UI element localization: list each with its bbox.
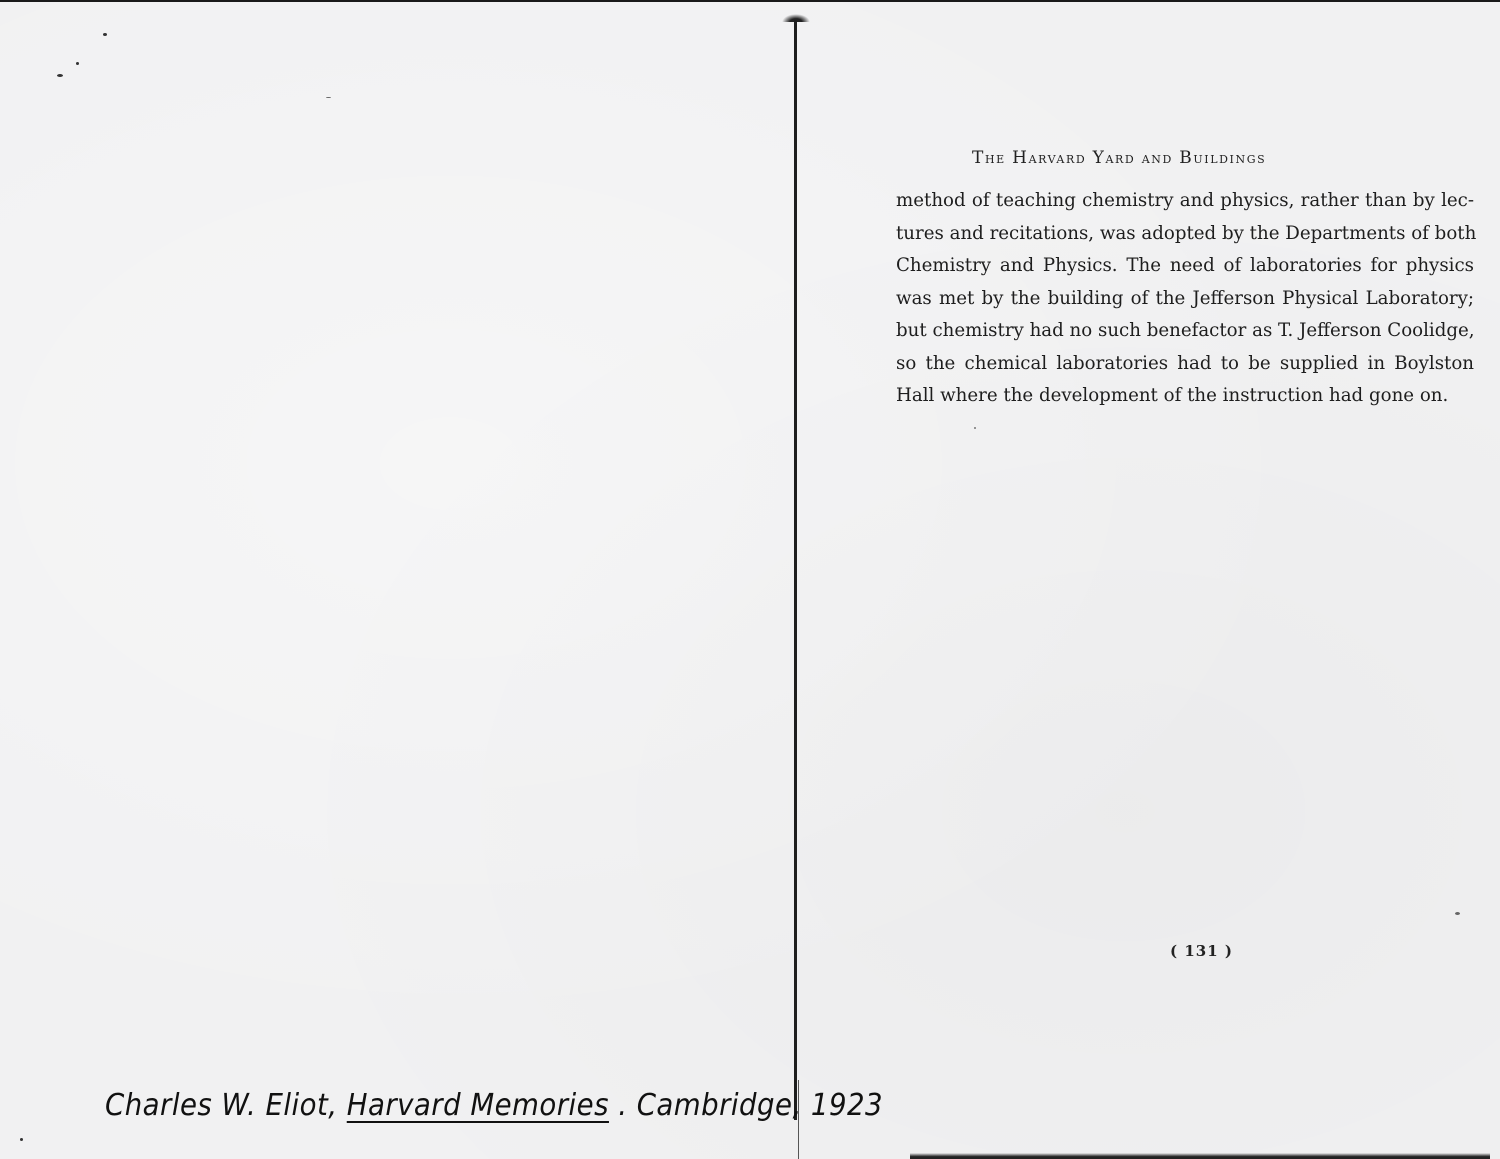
dust-speck bbox=[20, 1138, 23, 1141]
citation-author: Charles W. Eliot, bbox=[105, 1088, 338, 1123]
running-head: The Harvard Yard and Buildings bbox=[972, 148, 1392, 168]
left-page-blank bbox=[0, 0, 794, 1159]
body-line: but chemistry had no such benefactor as … bbox=[896, 315, 1474, 348]
running-head-text: he bbox=[985, 149, 1006, 167]
body-line: method of teaching chemistry and physics… bbox=[896, 185, 1474, 218]
body-paragraph: method of teaching chemistry and physics… bbox=[896, 185, 1474, 413]
running-head-initial: H bbox=[1012, 148, 1028, 168]
body-line: so the chemical laboratories had to be s… bbox=[896, 348, 1474, 381]
dust-speck bbox=[76, 62, 79, 65]
body-line: was met by the building of the Jefferson… bbox=[896, 283, 1474, 316]
body-line: tures and recitations, was adopted by th… bbox=[896, 218, 1474, 251]
dust-speck bbox=[326, 97, 331, 98]
dust-speck bbox=[974, 427, 976, 429]
dust-speck bbox=[57, 74, 63, 77]
citation-place-year: Cambridge, 1923 bbox=[637, 1088, 883, 1123]
dust-speck bbox=[1455, 912, 1460, 915]
running-head-initial: Y bbox=[1093, 148, 1106, 168]
body-line: Chemistry and Physics. The need of labor… bbox=[896, 250, 1474, 283]
running-head-initial: B bbox=[1179, 148, 1193, 168]
page-number: ( 131 ) bbox=[1170, 942, 1233, 960]
running-head-initial: T bbox=[972, 148, 985, 168]
body-line: Hall where the development of the instru… bbox=[896, 380, 1474, 413]
citation-separator: . bbox=[618, 1088, 627, 1123]
running-head-text: uildings bbox=[1193, 149, 1266, 167]
handwritten-citation: Charles W. Eliot, Harvard Memories . Cam… bbox=[105, 1088, 883, 1123]
running-head-text: arvard bbox=[1029, 149, 1087, 167]
running-head-text: and bbox=[1142, 149, 1173, 167]
dust-speck bbox=[103, 33, 107, 36]
citation-title: Harvard Memories bbox=[347, 1088, 609, 1123]
right-page: The Harvard Yard and Buildings method of… bbox=[797, 0, 1500, 1159]
running-head-text: ard bbox=[1105, 149, 1135, 167]
